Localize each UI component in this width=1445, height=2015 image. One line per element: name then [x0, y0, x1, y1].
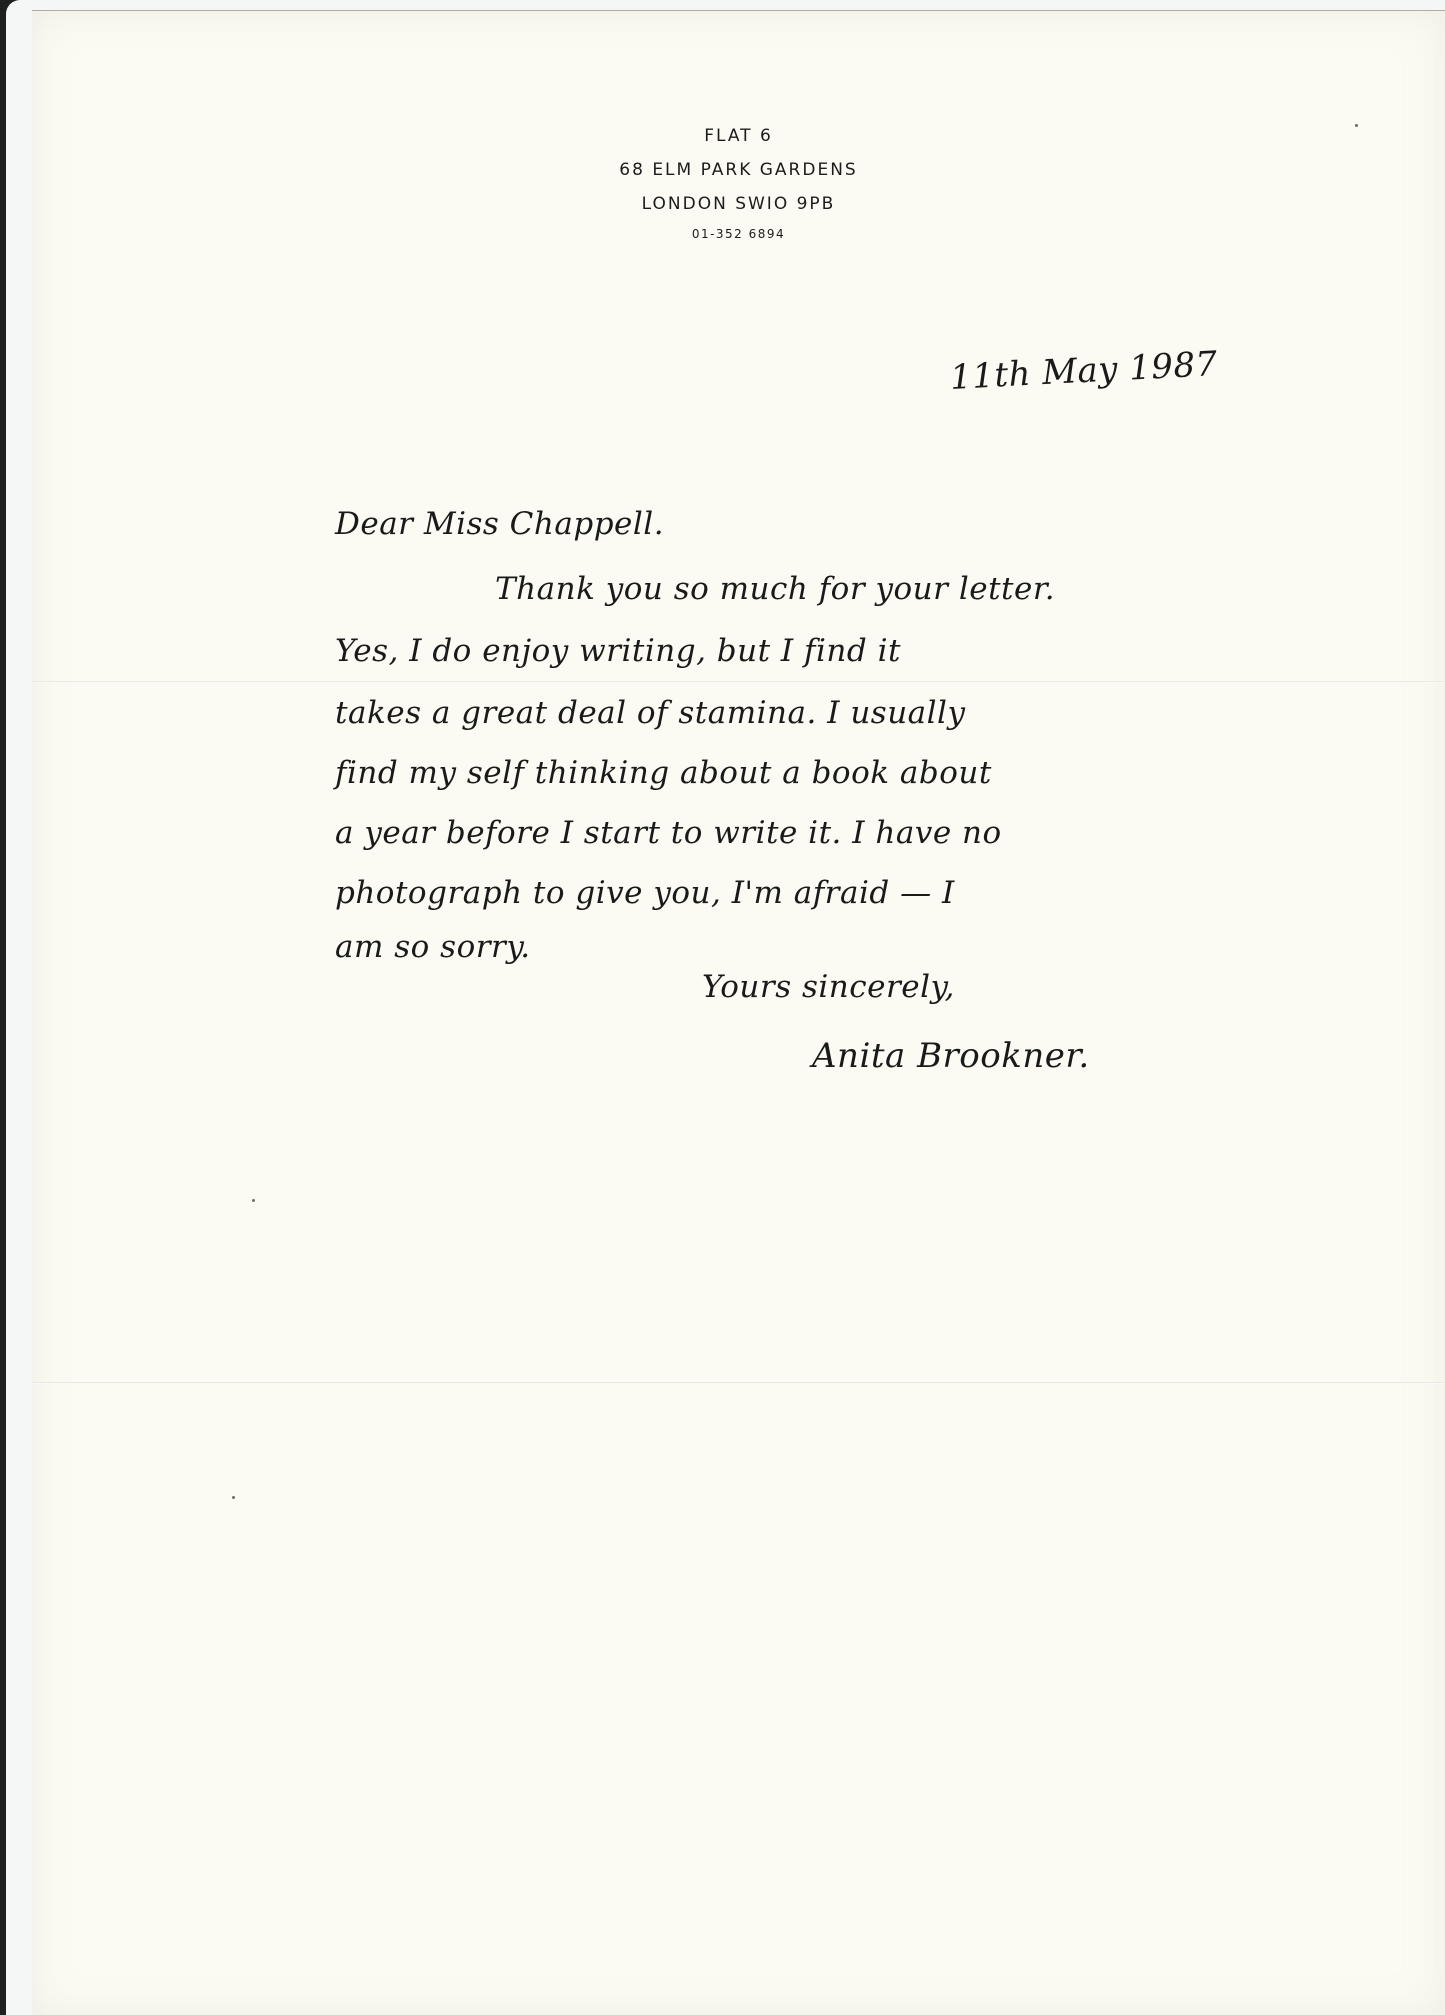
paper-speck: [1355, 124, 1358, 127]
closing: Yours sincerely,: [702, 969, 955, 1005]
letter-date: 11th May 1987: [949, 344, 1218, 398]
fold-line-upper: [32, 681, 1445, 683]
body-line: Thank you so much for your letter.: [495, 571, 1055, 607]
fold-line-lower: [32, 1382, 1445, 1384]
body-line: a year before I start to write it. I hav…: [335, 815, 1002, 851]
letterhead-city: LONDON SWIO 9PB: [32, 187, 1445, 221]
letterhead-street: 68 ELM PARK GARDENS: [32, 153, 1445, 187]
paper-speck: [232, 1496, 235, 1499]
body-line: am so sorry.: [335, 929, 531, 965]
body-line: Yes, I do enjoy writing, but I find it: [335, 633, 901, 669]
body-line: find my self thinking about a book about: [335, 755, 992, 791]
letterhead-phone: 01-352 6894: [32, 227, 1445, 241]
body-line: photograph to give you, I'm afraid — I: [335, 875, 955, 911]
signature: Anita Brookner.: [812, 1036, 1090, 1076]
body-line: takes a great deal of stamina. I usually: [335, 695, 965, 731]
letterhead: FLAT 6 68 ELM PARK GARDENS LONDON SWIO 9…: [32, 119, 1445, 241]
letterhead-flat: FLAT 6: [32, 119, 1445, 153]
letter-page: FLAT 6 68 ELM PARK GARDENS LONDON SWIO 9…: [32, 10, 1445, 2015]
paper-speck: [252, 1199, 255, 1202]
salutation: Dear Miss Chappell.: [335, 506, 664, 542]
